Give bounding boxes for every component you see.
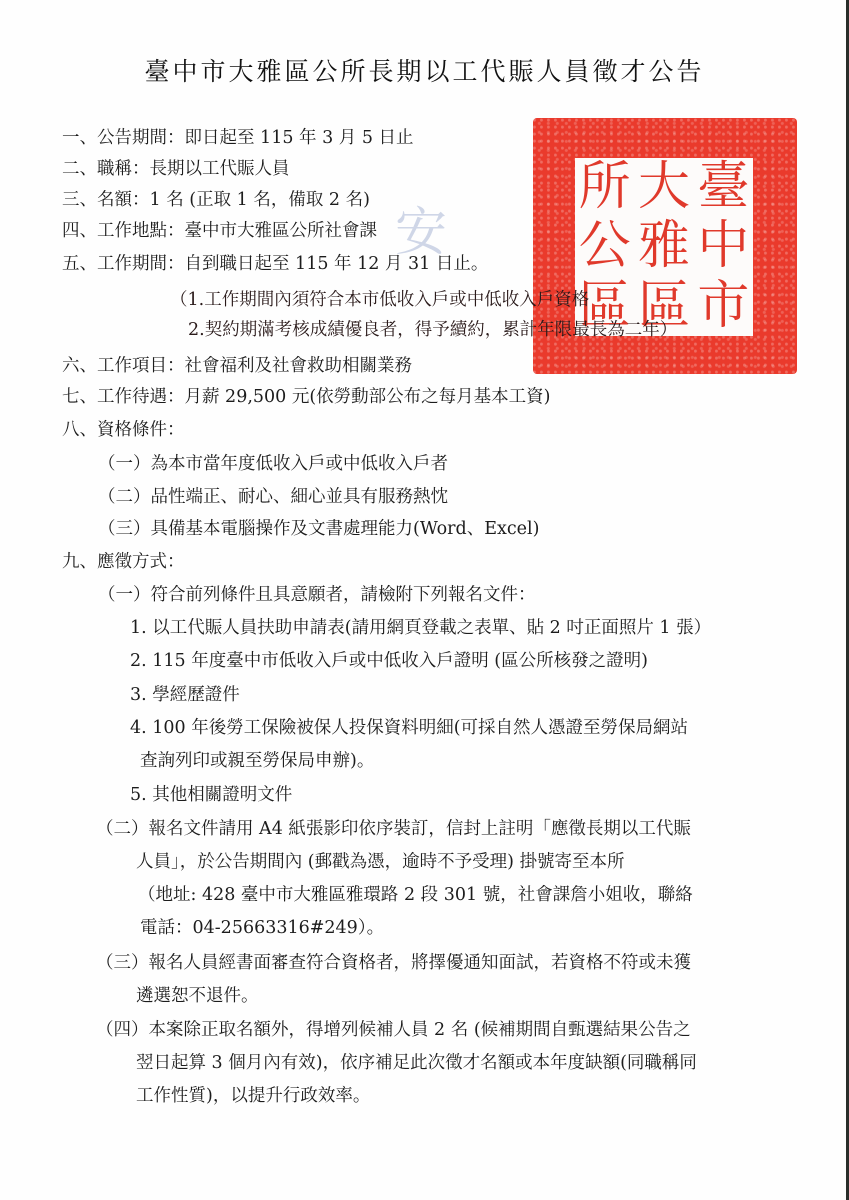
required-document: 2. 115 年度臺中市低收入戶或中低收入戶證明 (區公所核發之證明): [130, 650, 648, 672]
seal-char: 市: [694, 277, 753, 336]
seal-char: 大: [634, 158, 693, 217]
application-step-4-cont: 工作性質)，以提升行政效率。: [136, 1085, 370, 1107]
work-period-note-1: （1.工作期間內須符合本市低收入戶或中低收入戶資格: [170, 289, 589, 311]
application-step-2-cont: 人員」，於公告期間內 (郵戳為憑，逾時不予受理) 掛號寄至本所: [136, 851, 625, 873]
application-phone: 電話：04-25663316#249）。: [140, 917, 384, 939]
required-document: 5. 其他相關證明文件: [130, 784, 292, 806]
section-headcount: 三、名額：1 名 (正取 1 名，備取 2 名): [62, 189, 370, 211]
section-salary: 七、工作待遇：月薪 29,500 元(依勞動部公布之每月基本工資): [62, 386, 551, 408]
page-title: 臺中市大雅區公所長期以工代賑人員徵才公告: [0, 52, 849, 88]
application-step-3-cont: 遴選恕不退件。: [136, 985, 259, 1007]
application-step-4: （四）本案除正取名額外，得增列候補人員 2 名 (候補期間自甄選結果公告之: [96, 1019, 691, 1041]
application-step-3: （三）報名人員經書面審查符合資格者，將擇優通知面試，若資格不符或未獲: [96, 952, 691, 974]
seal-char: 公: [575, 217, 634, 276]
required-document: 1. 以工代賑人員扶助申請表(請用網頁登載之表單、貼 2 吋正面照片 1 張）: [130, 617, 711, 639]
required-document-continued: 查詢列印或親至勞保局申辦)。: [140, 750, 374, 772]
qualification-item: （一）為本市當年度低收入戶或中低收入戶者: [98, 453, 448, 475]
seal-char: 雅: [634, 217, 693, 276]
application-step-4-cont: 翌日起算 3 個月內有效)，依序補足此次徵才名額或本年度缺額(同職稱同: [136, 1052, 697, 1074]
section-qualifications: 八、資格條件：: [62, 419, 185, 441]
seal-char: 中: [694, 217, 753, 276]
application-step-1: （一）符合前列條件且具意願者，請檢附下列報名文件：: [98, 584, 536, 606]
required-document: 4. 100 年後勞工保險被保人投保資料明細(可採自然人憑證至勞保局網站: [130, 717, 688, 739]
section-work-period: 五、工作期間：自到職日起至 115 年 12 月 31 日止。: [62, 253, 488, 275]
application-step-2: （二）報名文件請用 A4 紙張影印依序裝訂，信封上註明「應徵長期以工代賑: [96, 818, 691, 840]
section-job-items: 六、工作項目：社會福利及社會救助相關業務: [62, 355, 412, 377]
required-document: 3. 學經歷證件: [130, 684, 240, 706]
qualification-item: （三）具備基本電腦操作及文書處理能力(Word、Excel): [98, 518, 539, 540]
seal-characters: 所 大 臺 公 雅 中 區 區 市: [575, 158, 753, 336]
section-work-location: 四、工作地點：臺中市大雅區公所社會課: [62, 220, 377, 242]
section-announcement-period: 一、公告期間：即日起至 115 年 3 月 5 日止: [62, 127, 414, 149]
section-job-title: 二、職稱：長期以工代賑人員: [62, 158, 290, 180]
application-address: （地址: 428 臺中市大雅區雅環路 2 段 301 號，社會課詹小姐收，聯絡: [138, 884, 693, 906]
section-application-method: 九、應徵方式：: [62, 551, 185, 573]
seal-char: 所: [575, 158, 634, 217]
qualification-item: （二）品性端正、耐心、細心並具有服務熱忱: [98, 486, 448, 508]
work-period-note-2: 2.契約期滿考核成績優良者，得予續約，累計年限最長為二年）: [188, 319, 677, 341]
seal-char: 臺: [694, 158, 753, 217]
